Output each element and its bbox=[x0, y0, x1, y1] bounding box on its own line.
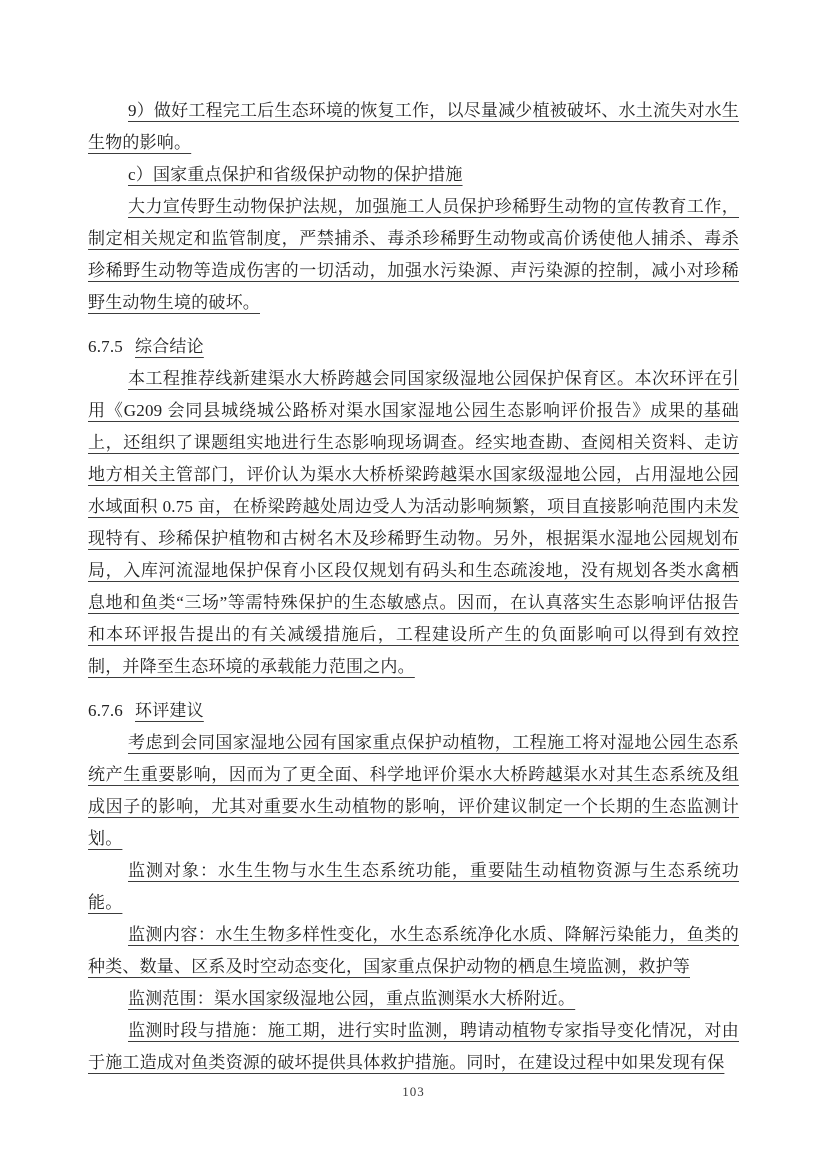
section-number: 6.7.5 bbox=[88, 337, 123, 356]
paragraph-monitoring-period: 监测时段与措施：施工期，进行实时监测，聘请动植物专家指导变化情况，对由于施工造成… bbox=[88, 1015, 739, 1079]
document-page: 9）做好工程完工后生态环境的恢复工作，以尽量减少植被破坏、水土流失对水生生物的影… bbox=[0, 0, 827, 1169]
section-heading-675: 6.7.5综合结论 bbox=[88, 331, 739, 363]
section-number: 6.7.6 bbox=[88, 701, 123, 720]
paragraph-monitoring-content: 监测内容：水生生物多样性变化，水生态系统净化水质、降解污染能力，鱼类的种类、数量… bbox=[88, 919, 739, 983]
paragraph-comprehensive-conclusion: 本工程推荐线新建渠水大桥跨越会同国家级湿地公园保护保育区。本次环评在引用《G20… bbox=[88, 363, 739, 683]
paragraph-restoration-measure: 9）做好工程完工后生态环境的恢复工作，以尽量减少植被破坏、水土流失对水生生物的影… bbox=[88, 95, 739, 159]
section-heading-676: 6.7.6环评建议 bbox=[88, 695, 739, 727]
document-body: 9）做好工程完工后生态环境的恢复工作，以尽量减少植被破坏、水土流失对水生生物的影… bbox=[88, 95, 739, 1079]
paragraph-protected-animals-subheading: c）国家重点保护和省级保护动物的保护措施 bbox=[88, 159, 739, 191]
section-title: 环评建议 bbox=[135, 701, 204, 720]
paragraph-wildlife-protection: 大力宣传野生动物保护法规，加强施工人员保护珍稀野生动物的宣传教育工作，制定相关规… bbox=[88, 191, 739, 319]
paragraph-monitoring-scope: 监测范围：渠水国家级湿地公园，重点监测渠水大桥附近。 bbox=[88, 983, 739, 1015]
paragraph-monitoring-object: 监测对象：水生生物与水生生态系统功能，重要陆生动植物资源与生态系统功能。 bbox=[88, 855, 739, 919]
paragraph-eia-suggestion: 考虑到会同国家湿地公园有国家重点保护动植物，工程施工将对湿地公园生态系统产生重要… bbox=[88, 727, 739, 855]
section-title: 综合结论 bbox=[135, 337, 204, 356]
page-number: 103 bbox=[0, 1084, 827, 1100]
